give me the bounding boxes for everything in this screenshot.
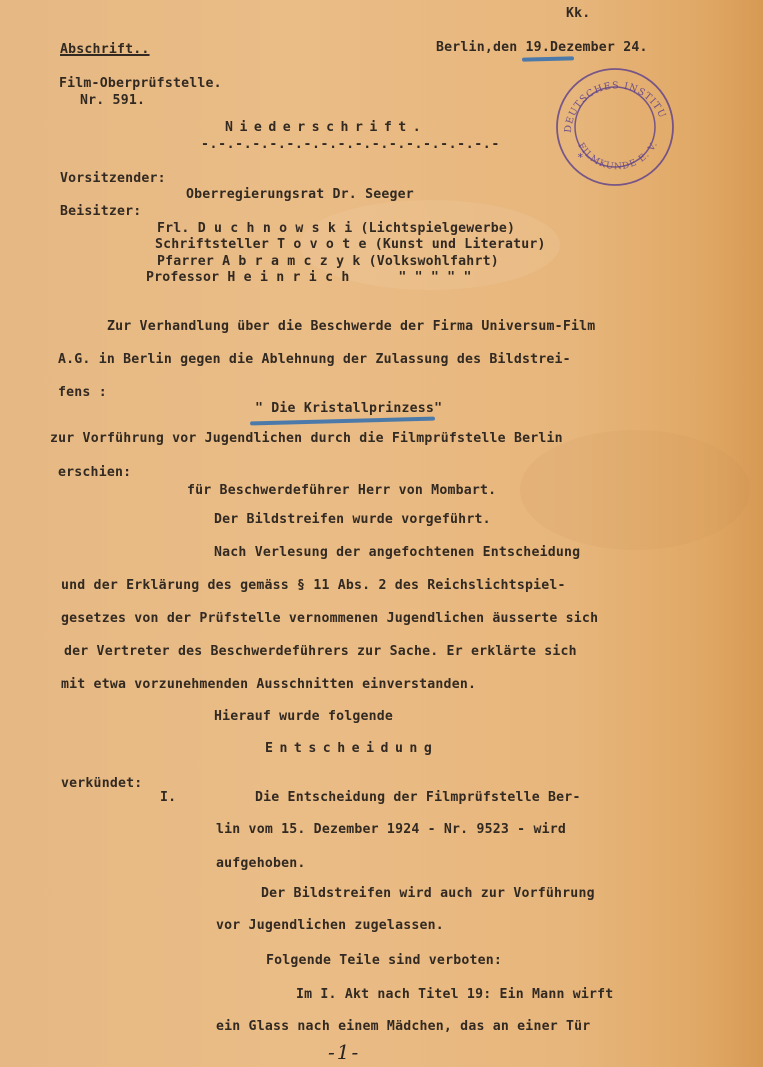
- blue-pencil-underline: [250, 417, 435, 426]
- chair-name: Oberregierungsrat Dr. Seeger: [186, 187, 414, 203]
- body-line: fens :: [58, 385, 107, 401]
- body-line: Nach Verlesung der angefochtenen Entsche…: [214, 545, 580, 561]
- document-page: Kk. Abschrift.. Berlin,den 19.Dezember 2…: [0, 0, 763, 1067]
- body-line: und der Erklärung des gemäss § 11 Abs. 2…: [61, 578, 566, 594]
- assessors-label: Beisitzer:: [60, 204, 141, 220]
- decision-line: Die Entscheidung der Filmprüfstelle Ber-: [255, 790, 581, 806]
- body-line: Zur Verhandlung über die Beschwerde der …: [107, 319, 595, 335]
- top-mark: Kk.: [566, 6, 590, 22]
- svg-text:FILMKUNDE E. V.: FILMKUNDE E. V.: [575, 140, 660, 172]
- decision-line: aufgehoben.: [216, 856, 306, 872]
- body-line: gesetzes von der Prüfstelle vernommenen …: [61, 611, 598, 627]
- stamp-text-bottom: FILMKUNDE E. V.: [575, 140, 660, 172]
- body-line: für Beschwerdeführer Herr von Mombart.: [187, 483, 496, 499]
- decision-line: lin vom 15. Dezember 1924 - Nr. 9523 - w…: [216, 822, 566, 838]
- body-line: der Vertreter des Beschwerdeführers zur …: [64, 644, 577, 660]
- film-title: " Die Kristallprinzess": [255, 401, 442, 417]
- assessor-line: Frl. D u c h n o w s k i (Lichtspielgewe…: [157, 221, 515, 237]
- header-date: Berlin,den 19.Dezember 24.: [436, 40, 648, 56]
- assessor-line: Professor H e i n r i c h " " " " ": [146, 270, 472, 286]
- body-line: erschien:: [58, 465, 131, 481]
- body-line: zur Vorführung vor Jugendlichen durch di…: [50, 431, 563, 447]
- svg-text:DEUTSCHES INSTITUT FÜR: DEUTSCHES INSTITUT FÜR: [553, 63, 668, 133]
- body-line: A.G. in Berlin gegen die Ablehnung der Z…: [58, 352, 571, 368]
- stamp-text-top: DEUTSCHES INSTITUT FÜR: [553, 63, 668, 133]
- header-copy-label: Abschrift..: [60, 42, 150, 58]
- page-number: -1-: [328, 1040, 360, 1064]
- paper-stain: [520, 430, 750, 550]
- body-line: mit etwa vorzunehmenden Ausschnitten ein…: [61, 677, 476, 693]
- institute-stamp: DEUTSCHES INSTITUT FÜR FILMKUNDE E. V. *: [553, 63, 678, 188]
- decision-line: Folgende Teile sind verboten:: [266, 953, 502, 969]
- decision-line: ein Glass nach einem Mädchen, das an ein…: [216, 1019, 590, 1035]
- decision-line: vor Jugendlichen zugelassen.: [216, 918, 444, 934]
- title-rule: -.-.-.-.-.-.-.-.-.-.-.-.-.-.-.-.-.-: [201, 137, 500, 153]
- stamp-star-icon: *: [577, 151, 584, 164]
- office-name: Film-Oberprüfstelle.: [59, 76, 222, 92]
- blue-pencil-mark: [522, 56, 574, 61]
- chair-label: Vorsitzender:: [60, 171, 166, 187]
- item-numeral: I.: [160, 790, 176, 806]
- document-title: Niederschrift.: [225, 120, 427, 136]
- body-line: Hierauf wurde folgende: [214, 709, 393, 725]
- decision-line: Der Bildstreifen wird auch zur Vorführun…: [261, 886, 595, 902]
- decision-heading: Entscheidung: [265, 741, 438, 757]
- body-line: Der Bildstreifen wurde vorgeführt.: [214, 512, 491, 528]
- assessor-line: Pfarrer A b r a m c z y k (Volkswohlfahr…: [157, 254, 499, 270]
- assessor-line: Schriftsteller T o v o t e (Kunst und Li…: [155, 237, 546, 253]
- decision-line: Im I. Akt nach Titel 19: Ein Mann wirft: [296, 987, 613, 1003]
- document-number: Nr. 591.: [80, 93, 145, 109]
- announced-label: verkündet:: [61, 776, 142, 792]
